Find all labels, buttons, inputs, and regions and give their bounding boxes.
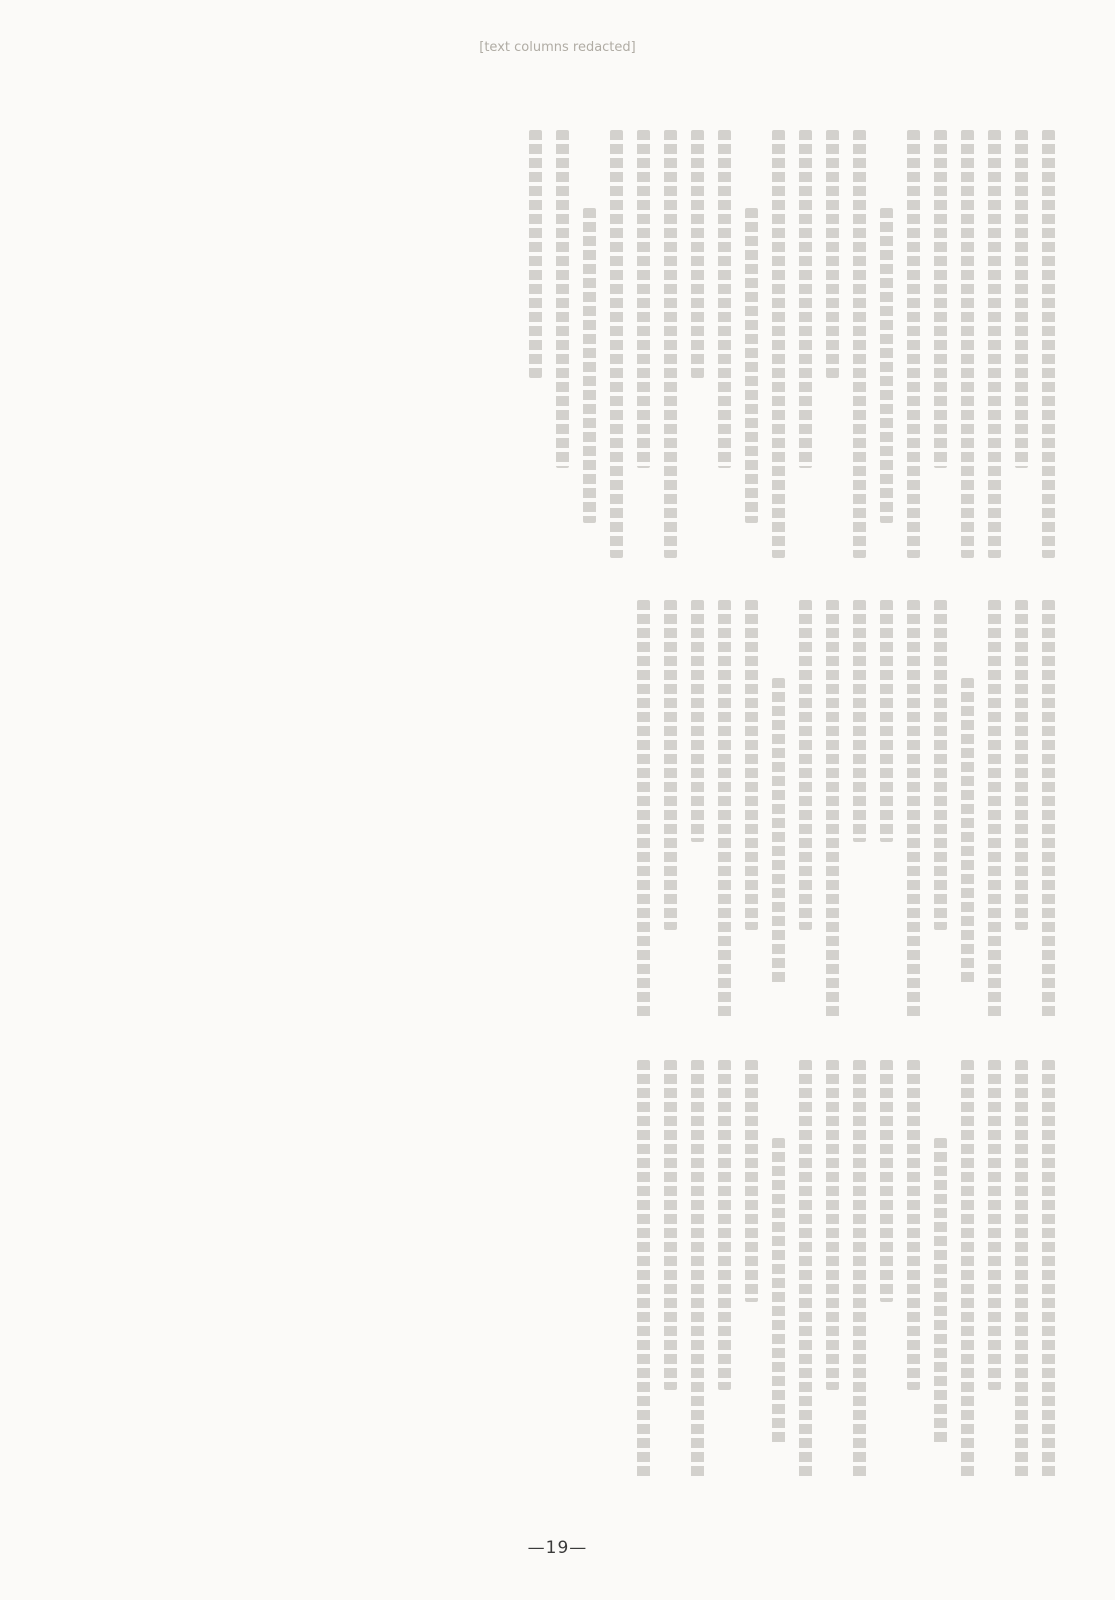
- text-column: [691, 130, 704, 378]
- text-column: [745, 208, 758, 523]
- text-band-middle: [80, 600, 1055, 1040]
- text-column: [664, 130, 677, 558]
- text-column: [799, 600, 812, 930]
- text-column: [853, 600, 866, 842]
- text-column: [772, 1138, 785, 1446]
- text-column: [556, 130, 569, 468]
- text-column: [718, 1060, 731, 1390]
- text-column: [961, 130, 974, 558]
- text-column: [1015, 130, 1028, 468]
- text-column: [691, 600, 704, 842]
- text-column: [637, 130, 650, 468]
- text-column: [1042, 130, 1055, 558]
- text-column: [664, 1060, 677, 1390]
- text-column: [826, 1060, 839, 1390]
- text-column: [988, 1060, 1001, 1390]
- text-column: [1042, 600, 1055, 1018]
- text-column: [664, 600, 677, 930]
- text-column: [961, 678, 974, 986]
- text-column: [610, 130, 623, 558]
- text-column: [880, 1060, 893, 1302]
- text-column: [718, 130, 731, 468]
- text-column: [637, 600, 650, 1018]
- text-column: [988, 130, 1001, 558]
- page-number: —19—: [0, 1538, 1115, 1558]
- text-column: [637, 1060, 650, 1478]
- text-band-top: [80, 130, 1055, 580]
- text-column: [799, 1060, 812, 1478]
- text-column: [718, 600, 731, 1018]
- text-column: [907, 130, 920, 558]
- text-column: [1015, 1060, 1028, 1478]
- text-column: [826, 130, 839, 378]
- document-page: [text columns redacted]: [0, 0, 1115, 1600]
- text-column: [880, 208, 893, 523]
- text-column: [853, 1060, 866, 1478]
- text-column: [826, 600, 839, 1018]
- text-column: [934, 1138, 947, 1446]
- text-column: [934, 130, 947, 468]
- text-column: [961, 1060, 974, 1478]
- text-column: [880, 600, 893, 842]
- text-column: [907, 600, 920, 1018]
- text-column: [988, 600, 1001, 1018]
- text-column: [1015, 600, 1028, 930]
- text-band-bottom: [80, 1060, 1055, 1500]
- text-column: [772, 678, 785, 986]
- text-column: [691, 1060, 704, 1478]
- text-column: [907, 1060, 920, 1390]
- text-column: [799, 130, 812, 468]
- text-column: [853, 130, 866, 558]
- text-column: [934, 600, 947, 930]
- text-column: [745, 1060, 758, 1302]
- text-column: [1042, 1060, 1055, 1478]
- redaction-note: [text columns redacted]: [0, 40, 1115, 55]
- text-column: [745, 600, 758, 930]
- text-column: [772, 130, 785, 558]
- text-column: [583, 208, 596, 523]
- text-column: [529, 130, 542, 378]
